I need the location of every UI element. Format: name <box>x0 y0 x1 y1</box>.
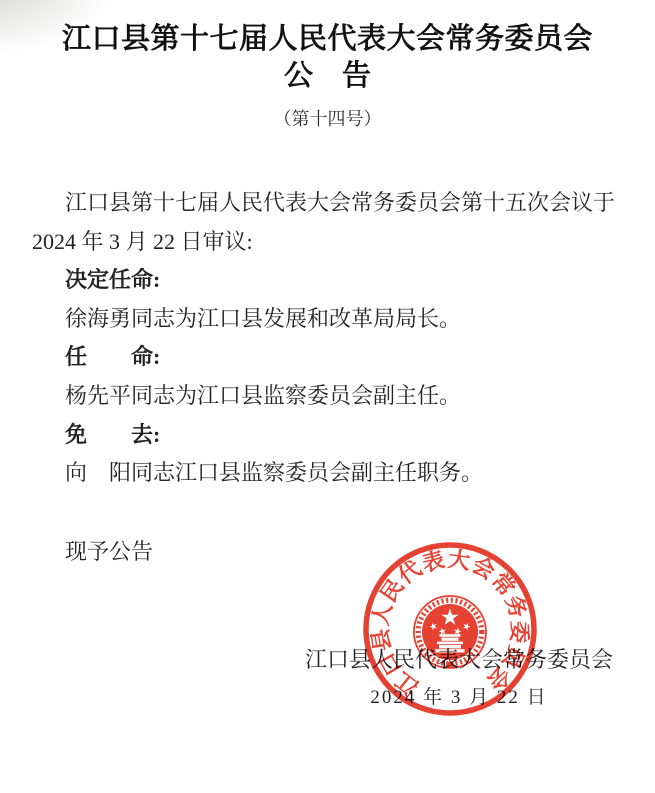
body-line-4: 徐海勇同志为江口县发展和改革局局长。 <box>32 300 622 339</box>
body-line-6: 杨先平同志为江口县监察委员会副主任。 <box>32 377 622 416</box>
doc-body: 江口县第十七届人民代表大会常务委员会第十五次会议于 2024 年 3 月 22 … <box>32 184 622 571</box>
national-emblem-icon <box>414 596 486 668</box>
body-line-7: 免 去: <box>32 416 622 455</box>
official-seal-stamp: 江口县人民代表大会常务委员会 <box>350 529 550 729</box>
announcement-document: 江口县第十七届人民代表大会常务委员会 公 告 （第十四号） 江口县第十七届人民代… <box>0 0 655 793</box>
body-line-8: 向 阳同志江口县监察委员会副主任职务。 <box>32 454 622 493</box>
tiananmen-base <box>436 649 465 652</box>
tiananmen-lower-wall <box>439 645 461 648</box>
seal-graphic: 江口县人民代表大会常务委员会 <box>350 529 550 729</box>
doc-title-line1: 江口县第十七届人民代表大会常务委员会 <box>0 0 655 58</box>
doc-title-line2: 公 告 <box>0 58 655 95</box>
body-line-1: 江口县第十七届人民代表大会常务委员会第十五次会议于 <box>32 184 622 223</box>
doc-number: （第十四号） <box>0 107 655 131</box>
wreath-knot <box>447 662 454 668</box>
body-line-5: 任 命: <box>32 338 622 377</box>
tiananmen-roof-top <box>440 634 461 637</box>
tiananmen-roof-lower <box>437 642 463 645</box>
tiananmen-upper-wall <box>442 638 459 641</box>
body-line-3: 决定任命: <box>32 261 622 300</box>
body-line-2: 2024 年 3 月 22 日审议: <box>32 223 622 262</box>
